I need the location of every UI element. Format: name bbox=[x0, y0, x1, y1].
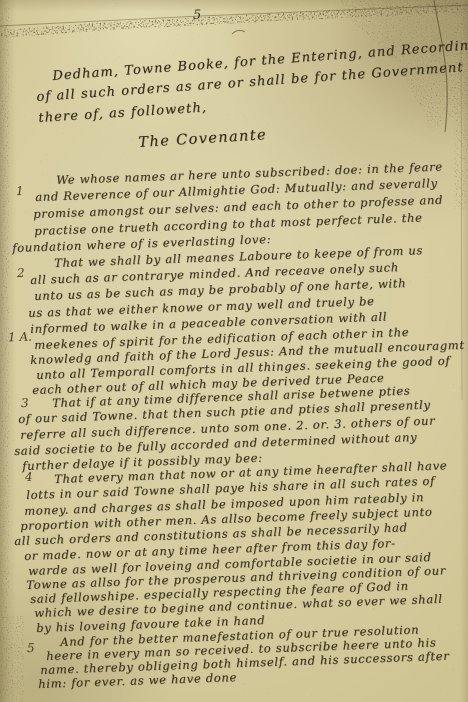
manuscript-page: 5 Dedham, Towne Booke, for the Entering,… bbox=[0, 0, 468, 702]
bottom-left-stain bbox=[0, 616, 24, 702]
page-number: 5 bbox=[193, 8, 201, 23]
margin-number: 5 bbox=[27, 641, 35, 655]
left-edge-stain bbox=[0, 0, 9, 702]
margin-number: 2 bbox=[17, 266, 25, 280]
margin-note: 1 A. bbox=[8, 330, 32, 345]
margin-number: 3 bbox=[21, 396, 29, 410]
margin-number: 1 bbox=[16, 184, 24, 198]
